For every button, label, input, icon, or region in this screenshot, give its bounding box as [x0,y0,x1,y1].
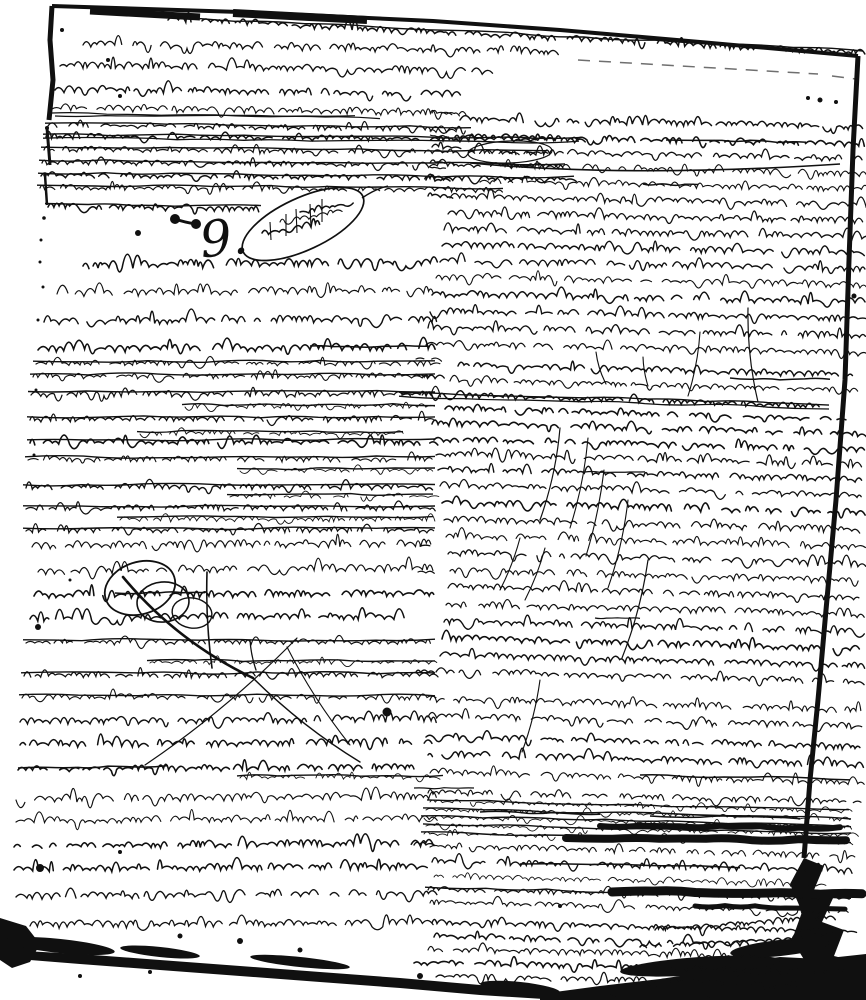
ink-speck [60,28,64,32]
ink-speck [135,230,141,236]
annotation-tick [296,209,297,233]
handwriting-line [446,528,865,550]
ink-speck [417,973,423,979]
handwriting-line [83,36,558,57]
ink-speck [298,948,303,953]
handwriting-line [436,448,862,468]
page-border [0,6,866,1000]
handwriting-line [450,188,866,209]
handwriting-line [30,915,433,930]
handwriting-line [442,241,864,258]
handwriting-line [446,600,864,618]
strikethrough-stroke [23,505,435,507]
handwriting-line [140,428,403,439]
handwriting-line [440,649,865,671]
handwriting-line [16,787,436,808]
handwriting-line [432,110,459,115]
ink-speck [818,98,823,103]
right-column [399,113,866,990]
handwriting-line [426,340,866,358]
underline-stroke [414,788,474,789]
ink-speck [42,286,45,289]
left-edge-line [45,175,47,205]
correction-marks [18,115,862,909]
annotation-tick [270,222,271,240]
ink-speck [383,708,392,717]
handwriting-line [26,479,433,493]
handwriting-line [230,491,439,501]
ink-speck [42,216,46,220]
handwriting-line [30,608,404,625]
handwriting-line [33,370,434,382]
left-column [14,254,443,930]
handwriting-line [442,496,865,518]
handwriting-line [16,888,437,902]
handwriting-line [434,873,826,887]
ink-speck [834,100,838,104]
cancellation-slash [250,640,256,670]
handwriting-line [300,203,353,213]
handwriting-line [448,581,859,603]
handwriting-line [83,254,437,272]
handwriting-line [436,271,866,288]
ink-speck [148,970,152,974]
handwriting-line [428,790,861,806]
ink-speck [806,96,810,100]
ink-speck [852,294,857,299]
handwriting-line [432,287,865,307]
ink-speck [178,934,183,939]
handwriting-line [34,585,434,602]
handwriting-line [440,479,861,499]
handwriting-line [44,309,437,327]
ink-speck [106,58,110,62]
ink-speck [558,904,562,908]
strikethrough-stroke [640,775,850,780]
handwriting-line [428,321,865,338]
handwriting-line [432,854,852,874]
ink-speck [40,239,43,242]
ink-speck [33,454,36,457]
handwriting-line [470,143,862,161]
faint-dash-line [832,76,856,79]
handwriting-line [60,57,493,78]
handwriting-line [16,810,437,830]
handwriting-line [428,709,862,732]
cancellation-slash [586,470,604,556]
handwriting-line [31,386,440,401]
ink-smear [612,891,862,894]
handwriting-line [36,356,440,368]
handwriting-line [20,734,432,749]
scan-background: { "document": { "kind": "handwritten-man… [0,0,866,1000]
underline-stroke [585,471,645,472]
strikethrough-stroke [643,184,698,185]
ink-speck [35,389,38,392]
handwriting-line [20,711,436,728]
ink-speck [170,214,180,224]
ink-smear [566,838,846,841]
handwriting-line [418,571,434,573]
manuscript-page: 9. [0,0,866,1000]
handwriting-line [444,516,860,533]
strikethrough-stroke [310,346,430,348]
section-number: 9. [197,207,251,270]
ink-speck [191,219,201,229]
handwriting-line [57,283,433,298]
handwriting-line [458,361,852,376]
handwriting-line [30,411,433,425]
handwriting-line [55,81,460,101]
handwriting-line [420,545,430,546]
handwriting-line [30,435,438,449]
handwriting-line [430,696,861,712]
handwriting-line [28,452,432,463]
strikethrough-stroke [227,494,433,496]
handwriting-line [444,223,866,240]
strikethrough-stroke [182,404,435,406]
ink-speck [237,938,243,944]
left-edge-line [49,6,53,120]
ink-speck [36,864,44,872]
handwriting-line [26,635,430,648]
faint-dash-line [578,60,818,74]
handwriting-line [438,464,862,483]
ink-speck [39,261,42,264]
handwriting-line [48,120,465,134]
handwriting-line [448,207,863,223]
underline-stroke [430,167,446,169]
ink-speck [37,319,40,322]
handwriting-line [38,337,435,354]
handwriting-line [432,142,461,149]
ink-speck [69,579,72,582]
handwriting-line [450,375,858,394]
handwriting-line [14,858,427,872]
ink-speck [78,974,82,978]
ink-smear [695,906,845,910]
top-text-block [37,13,865,214]
ink-speck [118,94,122,98]
handwriting-line [120,514,435,525]
cancellation-slash [570,438,588,528]
top-edge-smudge [233,13,367,20]
handwriting-line [14,834,433,852]
handwriting-line [426,731,860,749]
strikethrough-stroke [237,775,443,777]
handwriting-line [428,748,863,768]
cancellation-slash [145,638,297,765]
handwriting-line [445,404,846,422]
handwriting-line [32,534,431,552]
handwriting-line [450,568,858,586]
handwriting-line [460,113,863,133]
handwriting-line [432,418,866,437]
strikethrough-stroke [25,456,435,459]
cancellation-slash [500,538,520,590]
handwriting-line [434,931,749,949]
handwriting-line [440,253,865,274]
manuscript-scan: 9. [0,0,866,1000]
ink-speck [118,850,122,854]
handwriting-line [428,193,453,198]
strikethrough-stroke [117,516,433,518]
strikethrough-stroke [730,378,830,380]
ink-speck [43,173,47,177]
ink-speck [35,624,41,630]
underline-stroke [55,115,355,116]
strikethrough-stroke [427,800,849,810]
handwriting-line [442,630,859,655]
strikethrough-stroke [28,391,435,393]
underline-stroke [595,618,640,619]
handwriting-line [430,843,855,863]
handwriting-line [436,668,864,686]
handwriting-line [444,615,864,637]
handwriting-line [430,766,864,786]
ink-smear [600,826,840,829]
ink-speck [45,126,49,130]
handwriting-line [38,557,433,579]
